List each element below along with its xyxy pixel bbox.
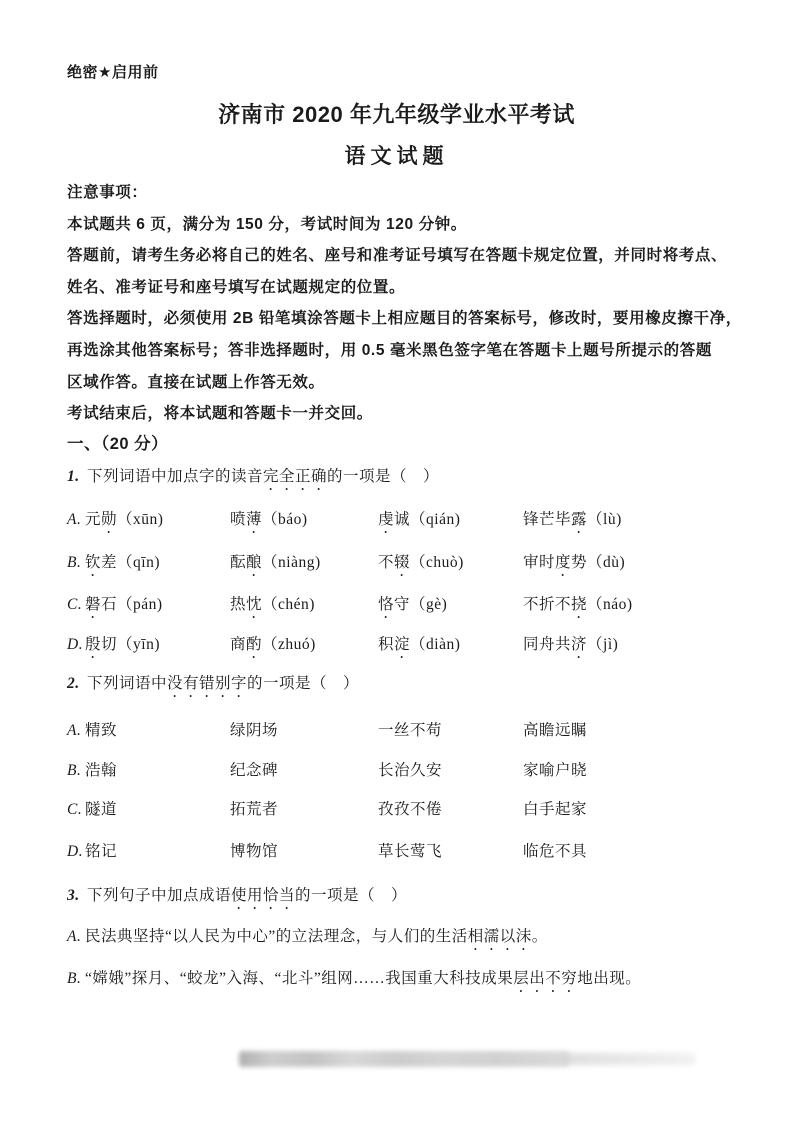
- word-cell: 积淀（diàn): [378, 632, 523, 662]
- word-cell: 不折不挠（náo): [523, 592, 753, 622]
- word-cell: C.磐石（pán): [67, 592, 230, 622]
- word-cell: A.元勋（xūn): [67, 507, 230, 537]
- stem-text: 下列词语中: [87, 675, 167, 692]
- stem-text: 下列句子中加点成语: [87, 887, 231, 904]
- q1-option-row-d: D.殷切（yīn) 商酌（zhuó) 积淀（diàn) 同舟共济（jì): [67, 632, 753, 662]
- notice-line: 姓名、准考证号和座号填写在试题规定的位置。: [67, 272, 747, 304]
- dotted-char: 挠: [571, 596, 587, 613]
- word-cell: D.铭记: [67, 839, 230, 861]
- option-letter: A.: [67, 511, 85, 529]
- question-2-stem: 2.下列词语中没有错别字的一项是（ ）: [67, 671, 753, 701]
- emphasized-idiom: 层出不穷: [513, 970, 577, 987]
- word-cell: 高瞻远瞩: [523, 718, 753, 740]
- notice-line: 答选择题时，必须使用 2B 铅笔填涂答题卡上相应题目的答案标号，修改时，要用橡皮…: [67, 303, 747, 335]
- dotted-char: 度: [555, 554, 571, 571]
- q2-option-row-a: A.精致 绿阴场 一丝不苟 高瞻远瞩: [67, 718, 753, 740]
- word-cell: 热忱（chén): [230, 592, 378, 622]
- notice-heading: 注意事项：: [67, 177, 747, 209]
- word-cell: 酝酿（niàng): [230, 550, 378, 580]
- word-cell: 虔诚（qián): [378, 507, 523, 537]
- q1-option-row-b: B.钦差（qīn) 酝酿（niàng) 不辍（chuò) 审时度势（dù): [67, 550, 753, 580]
- stem-text: 下列词语中加点字的读音: [87, 468, 263, 485]
- word-cell: 临危不具: [523, 839, 753, 861]
- notice-block: 注意事项： 本试题共 6 页，满分为 150 分，考试时间为 120 分钟。 答…: [67, 177, 747, 430]
- stem-text: 的一项是（ ）: [247, 675, 359, 692]
- question-1-stem: 1.下列词语中加点字的读音完全正确的一项是（ ）: [67, 464, 753, 494]
- emphasized-text: 完全正确: [263, 468, 327, 485]
- dotted-char: 辍: [394, 554, 410, 571]
- emphasized-text: 没有错别字: [167, 675, 247, 692]
- emphasized-text: 使用恰当: [231, 887, 295, 904]
- word-cell: 草长莺飞: [378, 839, 523, 861]
- q1-option-row-a: A.元勋（xūn) 喷薄（báo) 虔诚（qián) 锋芒毕露（lù): [67, 507, 753, 537]
- stem-text: 的一项是（ ）: [295, 887, 407, 904]
- option-letter: D.: [67, 636, 85, 654]
- option-text: “嫦娥”探月、“蛟龙”入海、“北斗”组网……我国重大科技成果: [85, 970, 513, 987]
- word-cell: 长治久安: [378, 758, 523, 780]
- notice-line: 考试结束后，将本试题和答题卡一并交回。: [67, 398, 747, 430]
- question-number: 3.: [67, 887, 87, 905]
- word-cell: 家喻户晓: [523, 758, 753, 780]
- word-cell: 博物馆: [230, 839, 378, 861]
- dotted-char: 恪: [378, 596, 394, 613]
- option-text: 民法典坚持“以人民为中心”的立法理念，与人们的生活: [85, 928, 468, 945]
- option-letter: C.: [67, 801, 85, 819]
- option-letter: C.: [67, 596, 85, 614]
- notice-line: 再选涂其他答案标号；答非选择题时，用 0.5 毫米黑色签字笔在答题卡上题号所提示…: [67, 335, 747, 367]
- option-text: 。: [532, 928, 548, 945]
- security-label: 绝密★启用前: [67, 61, 158, 82]
- watermark-strip-tail: [565, 1053, 695, 1065]
- dotted-char: 忱: [246, 596, 262, 613]
- dotted-char: 酌: [246, 636, 262, 653]
- exam-subtitle: 语文试题: [0, 140, 793, 170]
- dotted-char: 钦: [85, 554, 101, 571]
- q2-option-row-d: D.铭记 博物馆 草长莺飞 临危不具: [67, 839, 753, 861]
- dotted-char: 磐: [85, 596, 101, 613]
- word-cell: B.浩翰: [67, 758, 230, 780]
- word-cell: 孜孜不倦: [378, 797, 523, 819]
- dotted-char: 勋: [101, 511, 117, 528]
- word-cell: 拓荒者: [230, 797, 378, 819]
- q3-option-row-b: B.“嫦娥”探月、“蛟龙”入海、“北斗”组网……我国重大科技成果层出不穷地出现。: [67, 966, 753, 996]
- word-cell: 纪念碑: [230, 758, 378, 780]
- dotted-char: 济: [571, 636, 587, 653]
- word-cell: 白手起家: [523, 797, 753, 819]
- exam-title: 济南市 2020 年九年级学业水平考试: [0, 98, 793, 129]
- word-cell: A.精致: [67, 718, 230, 740]
- notice-line: 本试题共 6 页，满分为 150 分，考试时间为 120 分钟。: [67, 209, 747, 241]
- section-heading: 一、（20 分）: [67, 430, 168, 454]
- dotted-char: 殷: [85, 636, 101, 653]
- word-cell: B.钦差（qīn): [67, 550, 230, 580]
- dotted-char: 薄: [246, 511, 262, 528]
- dotted-char: 虔: [378, 511, 394, 528]
- dotted-char: 酿: [246, 554, 262, 571]
- word-cell: 绿阴场: [230, 718, 378, 740]
- watermark-strip: [239, 1051, 569, 1067]
- dotted-char: 淀: [394, 636, 410, 653]
- question-number: 1.: [67, 468, 87, 486]
- word-cell: 恪守（gè): [378, 592, 523, 622]
- option-letter: B.: [67, 762, 85, 780]
- question-number: 2.: [67, 675, 87, 693]
- question-3-stem: 3.下列句子中加点成语使用恰当的一项是（ ）: [67, 883, 753, 913]
- q1-option-row-c: C.磐石（pán) 热忱（chén) 恪守（gè) 不折不挠（náo): [67, 592, 753, 622]
- option-letter: A.: [67, 928, 85, 946]
- emphasized-idiom: 相濡以沫: [468, 928, 532, 945]
- notice-line: 区域作答。直接在试题上作答无效。: [67, 367, 747, 399]
- word-cell: 商酌（zhuó): [230, 632, 378, 662]
- q2-option-row-c: C.隧道 拓荒者 孜孜不倦 白手起家: [67, 797, 753, 819]
- q3-option-row-a: A.民法典坚持“以人民为中心”的立法理念，与人们的生活相濡以沫。: [67, 924, 753, 954]
- word-cell: 一丝不苟: [378, 718, 523, 740]
- option-text: 地出现。: [577, 970, 641, 987]
- word-cell: 喷薄（báo): [230, 507, 378, 537]
- option-letter: D.: [67, 843, 85, 861]
- q2-option-row-b: B.浩翰 纪念碑 长治久安 家喻户晓: [67, 758, 753, 780]
- word-cell: D.殷切（yīn): [67, 632, 230, 662]
- option-letter: B.: [67, 970, 85, 988]
- word-cell: 不辍（chuò): [378, 550, 523, 580]
- option-letter: B.: [67, 554, 85, 572]
- dotted-char: 露: [571, 511, 587, 528]
- word-cell: 审时度势（dù): [523, 550, 753, 580]
- notice-line: 答题前，请考生务必将自己的姓名、座号和准考证号填写在答题卡规定位置，并同时将考点…: [67, 240, 747, 272]
- word-cell: C.隧道: [67, 797, 230, 819]
- stem-text: 的一项是（ ）: [327, 468, 439, 485]
- exam-paper-page: 绝密★启用前 济南市 2020 年九年级学业水平考试 语文试题 注意事项： 本试…: [0, 0, 793, 1122]
- option-letter: A.: [67, 722, 85, 740]
- word-cell: 锋芒毕露（lù): [523, 507, 753, 537]
- word-cell: 同舟共济（jì): [523, 632, 753, 662]
